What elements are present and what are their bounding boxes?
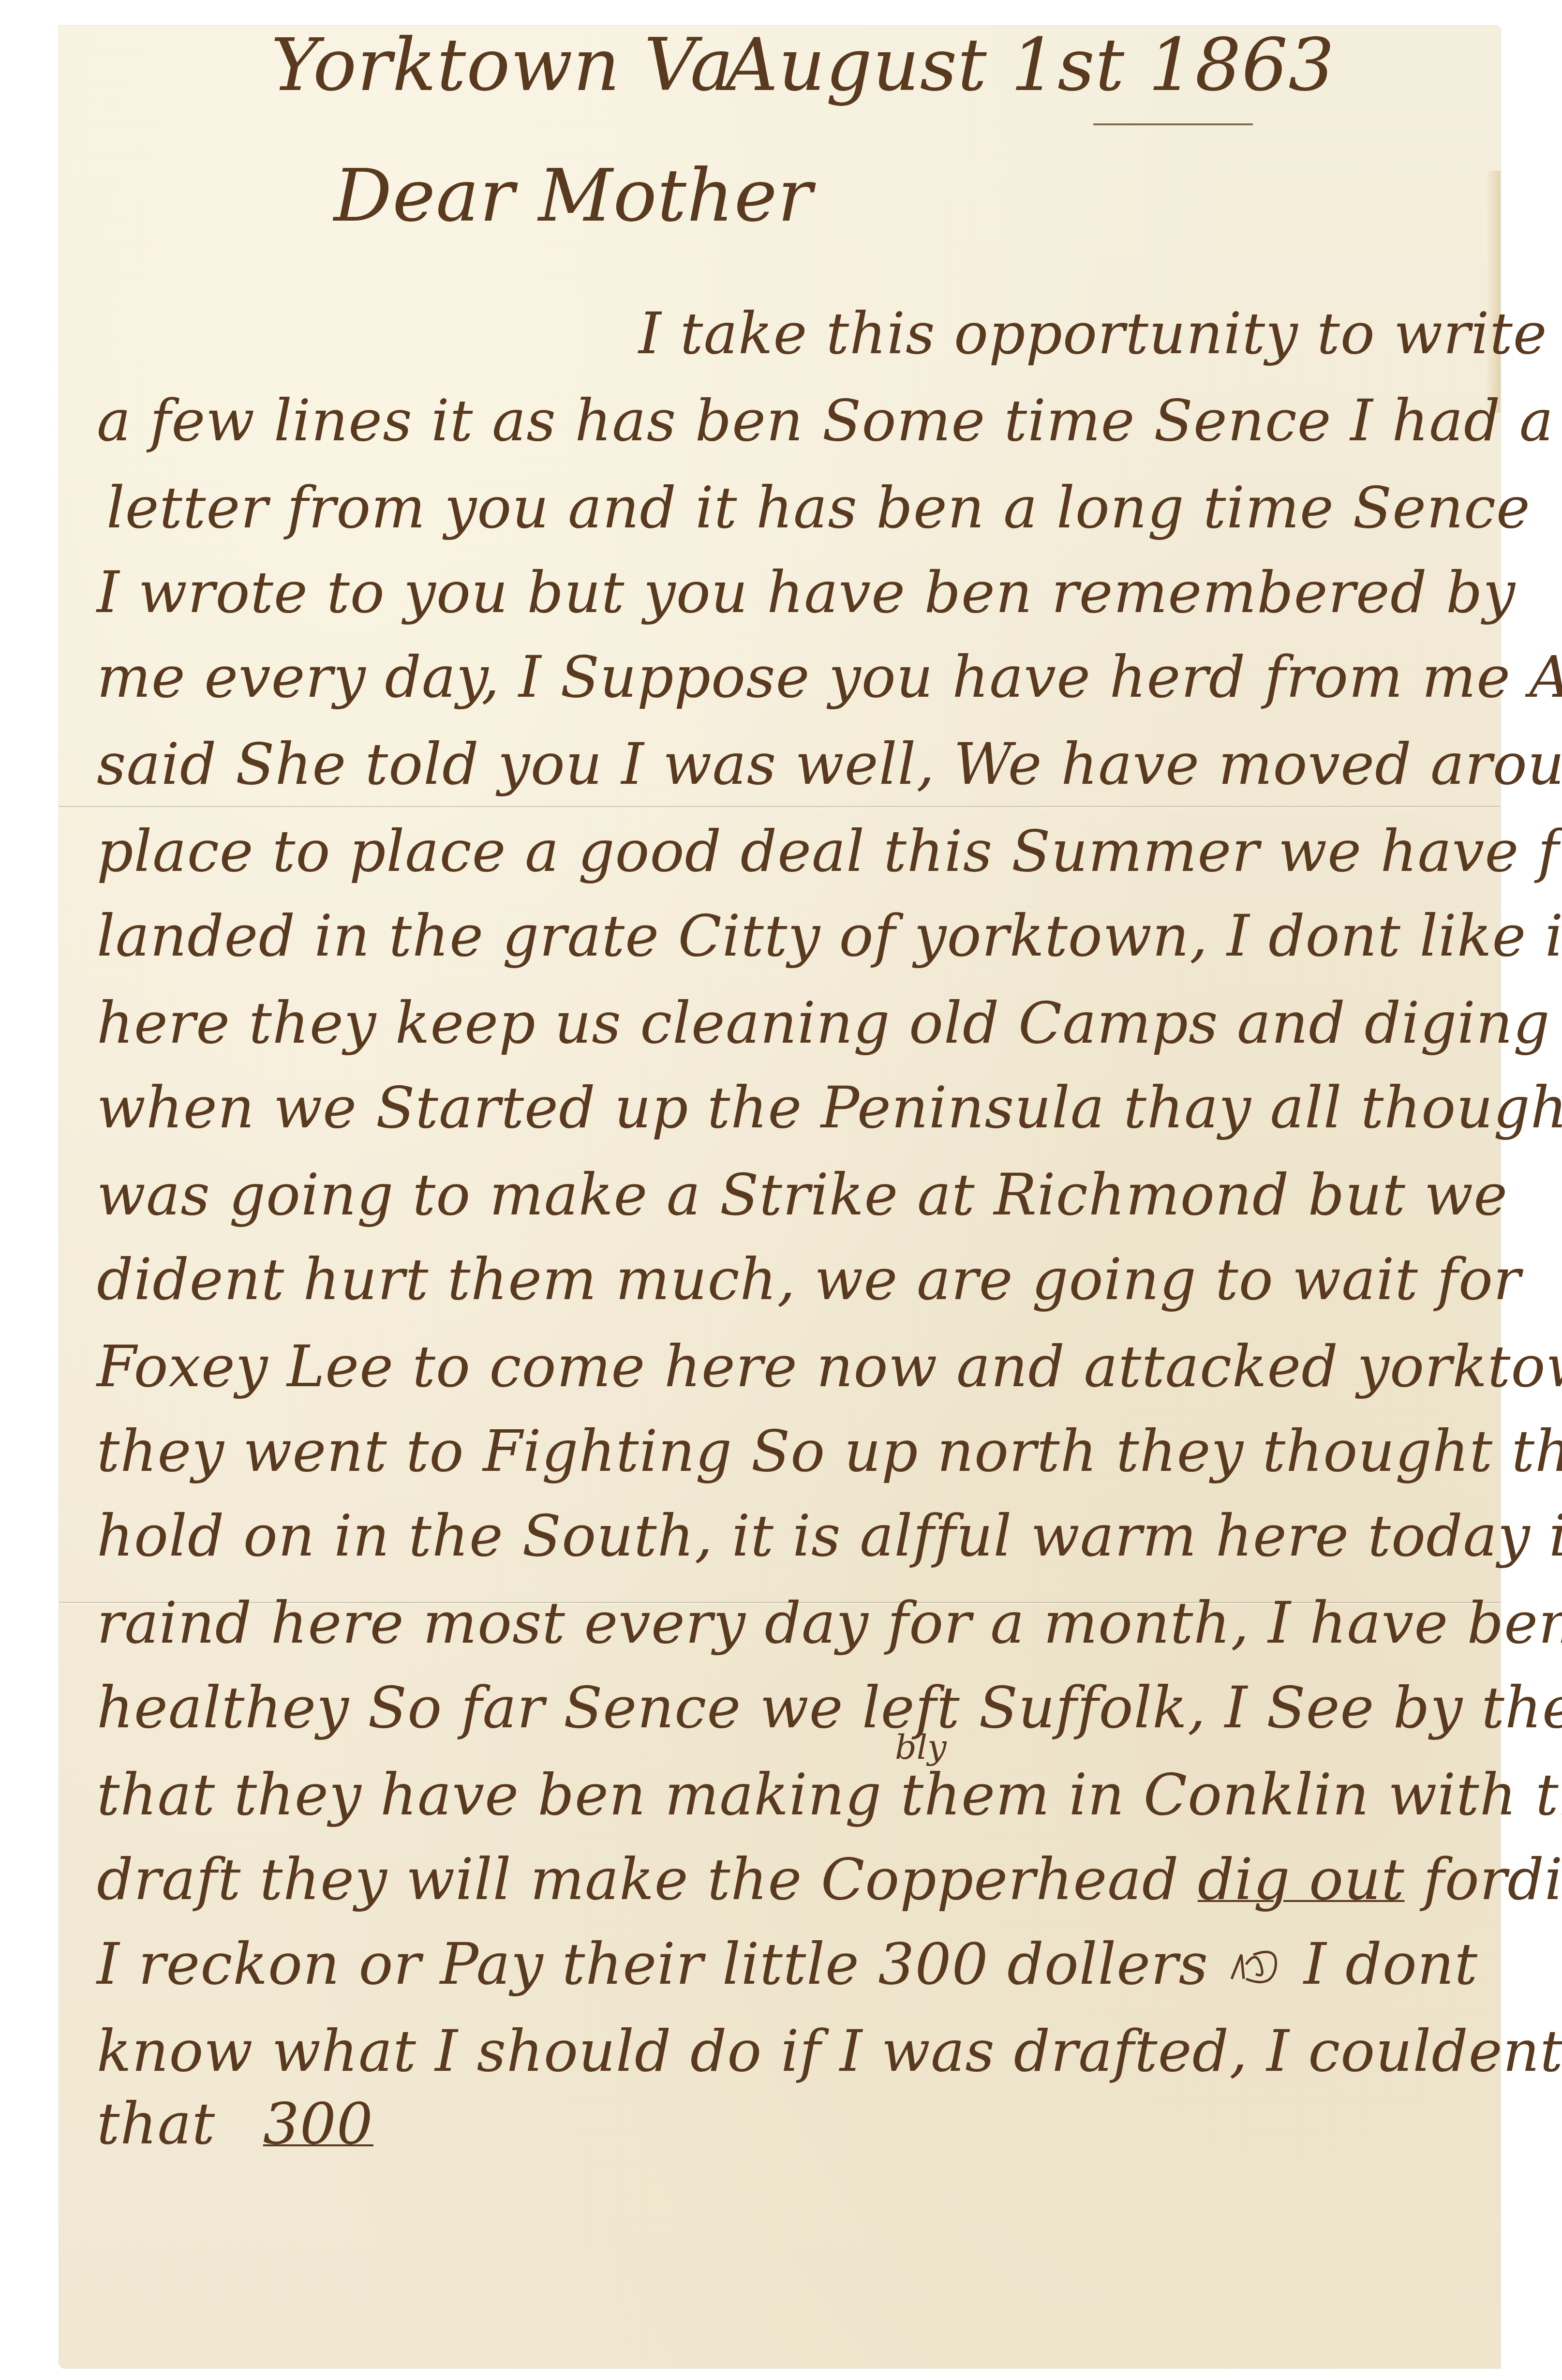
body-line-17: healthey So far Sence we left Suffolk, I… xyxy=(97,1679,1562,1736)
body-line-4: I wrote to you but you have ben remember… xyxy=(97,564,1516,621)
body-line-19: draft they will make the Copperhead dig … xyxy=(97,1851,1562,1908)
body-line-9: here they keep us cleaning old Camps and… xyxy=(97,994,1562,1051)
insertion-above-line-18: bly xyxy=(895,1727,947,1767)
letter-heading-place: Yorktown Va xyxy=(271,29,734,102)
edge-stain xyxy=(1486,171,1501,413)
body-line-8: landed in the grate Citty of yorktown, I… xyxy=(97,907,1562,964)
body-line-18: that they have ben making them in Conkli… xyxy=(97,1766,1562,1823)
body-line-16: raind here most every day for a month, I… xyxy=(97,1594,1562,1651)
fold-crease-upper xyxy=(59,806,1501,808)
body-line-20: I reckon or Pay their little 300 dollers… xyxy=(97,1935,1478,1992)
body-line-15: hold on in the South, it is alfful warm … xyxy=(97,1507,1562,1564)
body-line-10: when we Started up the Peninsula thay al… xyxy=(97,1079,1562,1136)
body-line-2: a few lines it as has ben Some time Senc… xyxy=(97,392,1554,449)
line-20-after: I dont xyxy=(1304,1931,1478,1997)
line-22-amount: 300 xyxy=(263,2090,373,2157)
body-line-5: me every day, I Suppose you have herd fr… xyxy=(97,648,1562,705)
line-19-after: fordixe xyxy=(1405,1846,1562,1913)
body-line-7: place to place a good deal this Summer w… xyxy=(97,823,1562,880)
body-line-11: was going to make a Strike at Richmond b… xyxy=(97,1166,1508,1223)
date-underline xyxy=(1093,123,1253,125)
line-20-before: I reckon or Pay their little 300 dollers xyxy=(97,1931,1208,1997)
body-line-12: dident hurt them much, we are going to w… xyxy=(97,1251,1521,1308)
body-line-14: they went to Fighting So up north they t… xyxy=(97,1422,1562,1480)
body-line-22: that 300 xyxy=(97,2095,373,2152)
underlined-dig-out: dig out xyxy=(1198,1846,1405,1913)
line-22-word: that xyxy=(97,2090,215,2157)
body-line-6: said She told you I was well, We have mo… xyxy=(97,735,1562,793)
salutation: Dear Mother xyxy=(334,160,813,232)
line-19-before: draft they will make the Copperhead xyxy=(97,1846,1198,1913)
letter-heading-date: August 1st 1863 xyxy=(726,29,1335,102)
body-line-1: I take this opportunity to write you xyxy=(639,305,1562,362)
body-line-13: Foxey Lee to come here now and attacked … xyxy=(97,1338,1562,1395)
crossed-out-scribble-icon xyxy=(1227,1945,1285,1989)
body-line-21: know what I should do if I was drafted, … xyxy=(97,2022,1562,2080)
body-line-3: letter from you and it has ben a long ti… xyxy=(106,479,1531,536)
